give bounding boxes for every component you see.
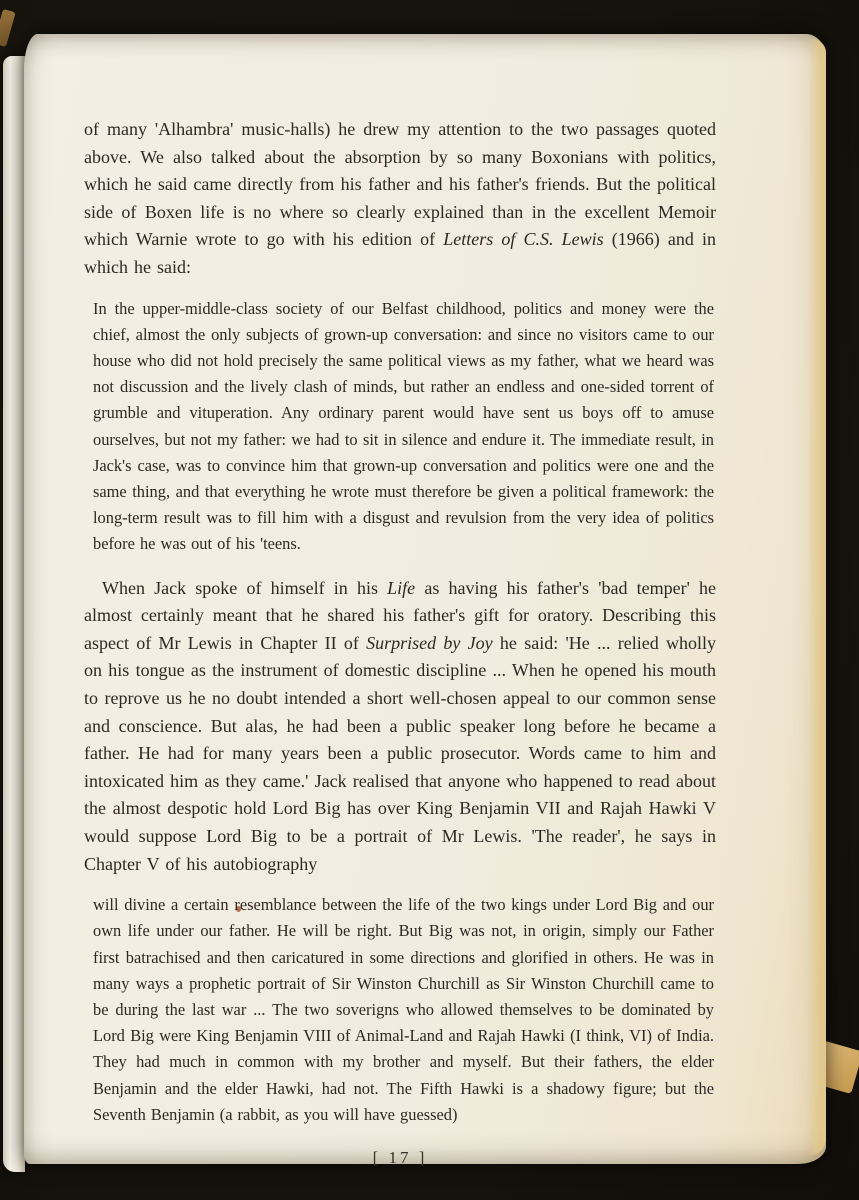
book-pages-edge <box>3 56 25 1172</box>
paragraph-2: When Jack spoke of himself in his Life a… <box>84 575 716 879</box>
book-page: of many 'Alhambra' music-halls) he drew … <box>24 34 826 1164</box>
paragraph-1: of many 'Alhambra' music-halls) he drew … <box>84 116 716 282</box>
page-fore-edge <box>808 39 826 1156</box>
page-number: [ 17 ] <box>84 1148 716 1168</box>
block-quote-2: will divine a certain resemblance betwee… <box>93 892 714 1128</box>
block-quote-1: In the upper-middle-class society of our… <box>93 296 714 558</box>
photo-background: of many 'Alhambra' music-halls) he drew … <box>0 0 859 1200</box>
book-cover-corner-top-left <box>0 9 16 47</box>
page-text: of many 'Alhambra' music-halls) he drew … <box>84 116 716 1168</box>
